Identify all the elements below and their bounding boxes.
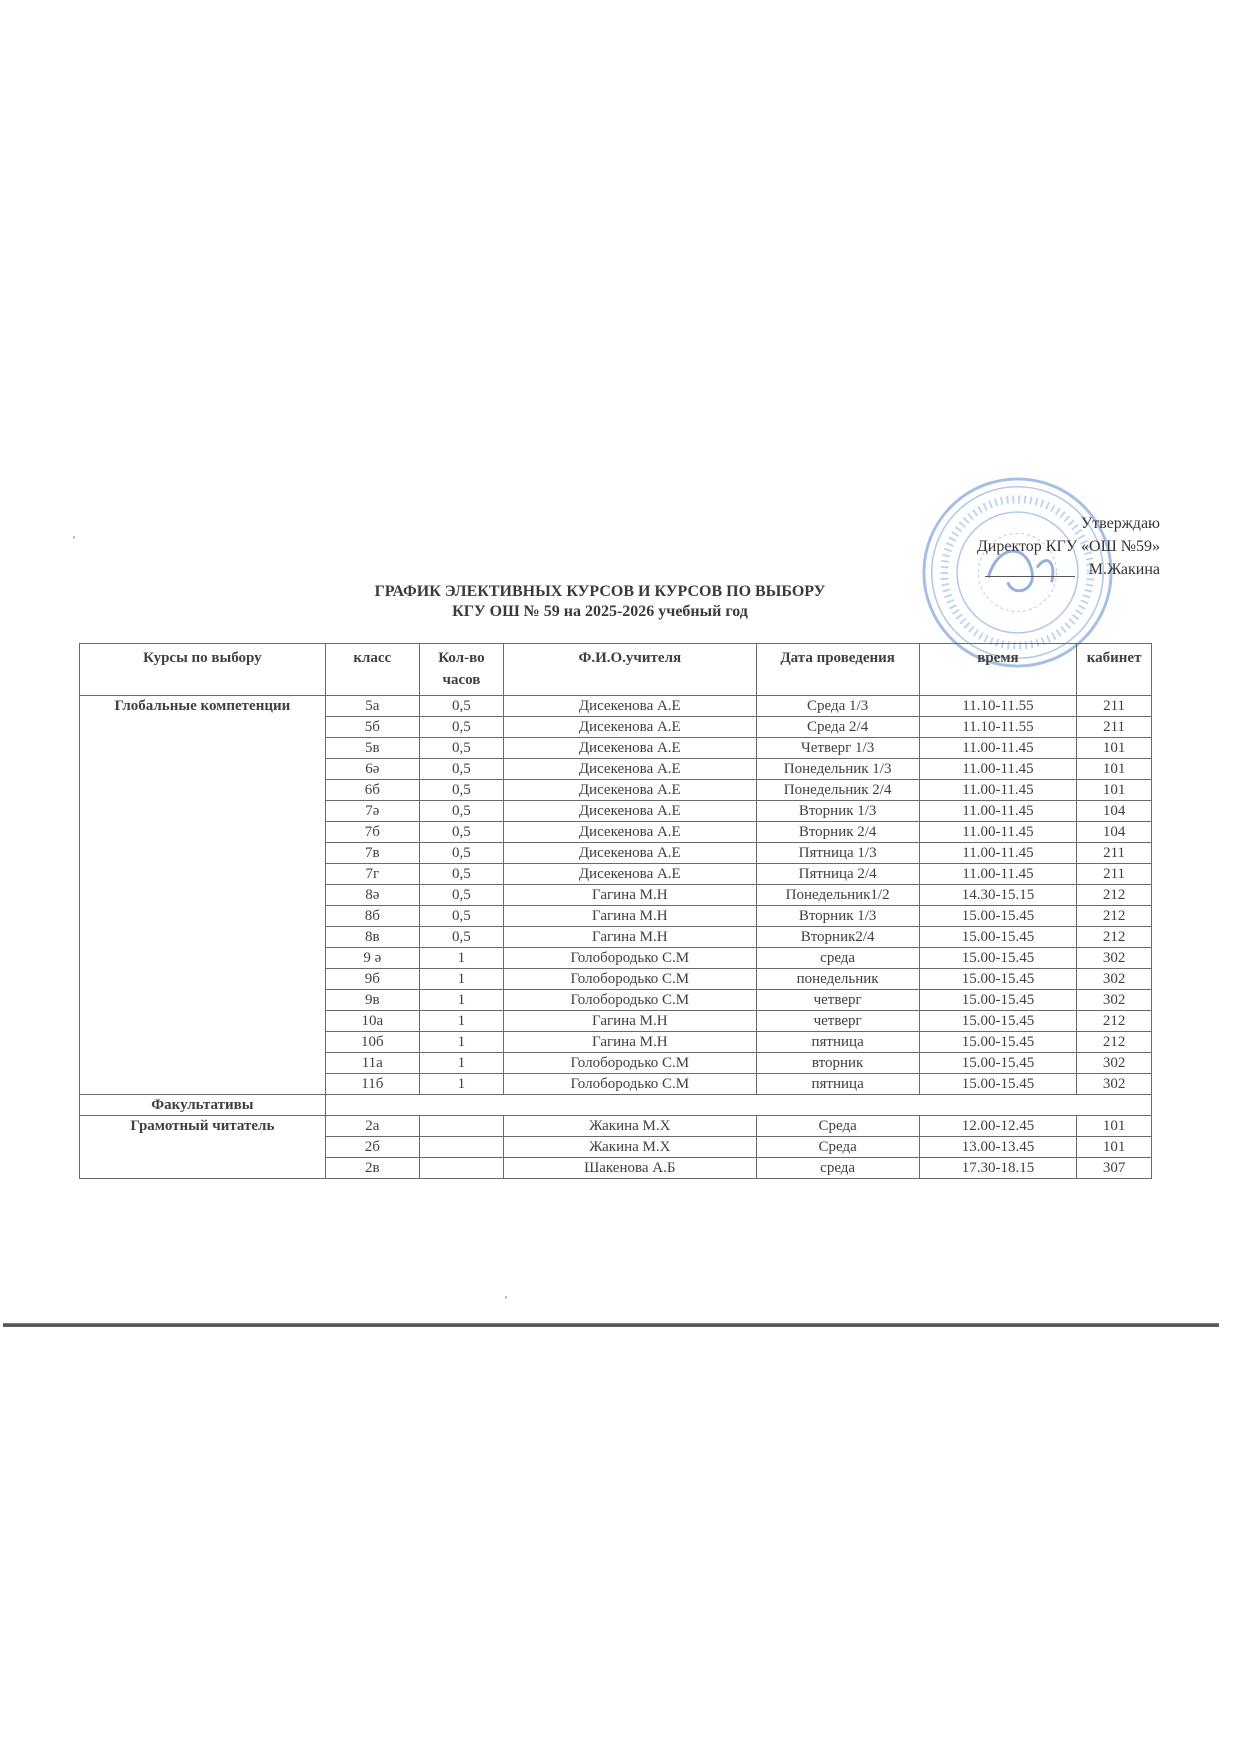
cell-hours: 1	[419, 1032, 503, 1053]
cell-time: 11.00-11.45	[919, 822, 1076, 843]
cell-date: Четверг 1/3	[756, 738, 919, 759]
course-name: Грамотный читатель	[80, 1116, 326, 1179]
table-body: Глобальные компетенции5а0,5Дисекенова А.…	[80, 696, 1152, 1179]
cell-class: 6ә	[325, 759, 419, 780]
cell-date: Понедельник1/2	[756, 885, 919, 906]
cell-date: среда	[756, 948, 919, 969]
cell-room: 212	[1077, 1011, 1152, 1032]
cell-time: 13.00-13.45	[919, 1137, 1076, 1158]
cell-class: 2в	[325, 1158, 419, 1179]
table-header-row: Курсы по выбору класс Кол-во часов Ф.И.О…	[80, 644, 1152, 696]
cell-hours: 0,5	[419, 843, 503, 864]
cell-room: 302	[1077, 969, 1152, 990]
header-time: время	[919, 644, 1076, 696]
cell-hours: 0,5	[419, 906, 503, 927]
cell-time: 11.00-11.45	[919, 864, 1076, 885]
cell-hours: 1	[419, 969, 503, 990]
cell-class: 7г	[325, 864, 419, 885]
cell-room: 302	[1077, 990, 1152, 1011]
cell-class: 8б	[325, 906, 419, 927]
cell-hours	[419, 1116, 503, 1137]
cell-room: 101	[1077, 738, 1152, 759]
cell-date: Пятница 2/4	[756, 864, 919, 885]
cell-time: 17.30-18.15	[919, 1158, 1076, 1179]
cell-hours: 0,5	[419, 759, 503, 780]
cell-hours: 0,5	[419, 696, 503, 717]
cell-teacher: Голобородько С.М	[504, 1074, 756, 1095]
cell-class: 5б	[325, 717, 419, 738]
header-class: класс	[325, 644, 419, 696]
cell-class: 6б	[325, 780, 419, 801]
header-hours: Кол-во часов	[419, 644, 503, 696]
cell-date: Среда 1/3	[756, 696, 919, 717]
cell-teacher: Голобородько С.М	[504, 969, 756, 990]
cell-time: 15.00-15.45	[919, 1011, 1076, 1032]
cell-time: 11.00-11.45	[919, 759, 1076, 780]
cell-teacher: Голобородько С.М	[504, 990, 756, 1011]
title-line-1: ГРАФИК ЭЛЕКТИВНЫХ КУРСОВ И КУРСОВ ПО ВЫБ…	[300, 582, 900, 602]
table-row: Грамотный читатель2аЖакина М.ХСреда12.00…	[80, 1116, 1152, 1137]
cell-time: 11.00-11.45	[919, 801, 1076, 822]
cell-class: 5в	[325, 738, 419, 759]
cell-time: 15.00-15.45	[919, 1074, 1076, 1095]
cell-teacher: Гагина М.Н	[504, 885, 756, 906]
cell-hours: 0,5	[419, 717, 503, 738]
header-date: Дата проведения	[756, 644, 919, 696]
cell-room: 212	[1077, 927, 1152, 948]
cell-teacher: Голобородько С.М	[504, 948, 756, 969]
cell-hours: 1	[419, 990, 503, 1011]
cell-teacher: Дисекенова А.Е	[504, 759, 756, 780]
cell-room: 211	[1077, 696, 1152, 717]
cell-room: 101	[1077, 1116, 1152, 1137]
cell-class: 7б	[325, 822, 419, 843]
cell-date: Среда	[756, 1137, 919, 1158]
cell-teacher: Дисекенова А.Е	[504, 864, 756, 885]
cell-room: 101	[1077, 780, 1152, 801]
cell-hours: 1	[419, 1074, 503, 1095]
cell-hours: 0,5	[419, 801, 503, 822]
cell-date: Вторник 1/3	[756, 906, 919, 927]
cell-hours: 1	[419, 948, 503, 969]
cell-hours: 0,5	[419, 780, 503, 801]
cell-class: 2б	[325, 1137, 419, 1158]
cell-date: Вторник 1/3	[756, 801, 919, 822]
cell-date: Понедельник 2/4	[756, 780, 919, 801]
approval-director-name: М.Жакина	[930, 558, 1160, 581]
cell-room: 302	[1077, 1053, 1152, 1074]
cell-time: 15.00-15.45	[919, 906, 1076, 927]
cell-date: Вторник2/4	[756, 927, 919, 948]
signature-line	[985, 576, 1075, 577]
page-bottom-rule	[3, 1323, 1219, 1327]
cell-time: 15.00-15.45	[919, 990, 1076, 1011]
cell-hours: 0,5	[419, 822, 503, 843]
cell-room: 211	[1077, 843, 1152, 864]
cell-teacher: Дисекенова А.Е	[504, 738, 756, 759]
cell-teacher: Гагина М.Н	[504, 1011, 756, 1032]
title-line-2: КГУ ОШ № 59 на 2025-2026 учебный год	[300, 602, 900, 622]
schedule-table: Курсы по выбору класс Кол-во часов Ф.И.О…	[79, 643, 1152, 1179]
table-row: Глобальные компетенции5а0,5Дисекенова А.…	[80, 696, 1152, 717]
cell-time: 15.00-15.45	[919, 927, 1076, 948]
cell-hours	[419, 1158, 503, 1179]
cell-teacher: Дисекенова А.Е	[504, 843, 756, 864]
header-room: кабинет	[1077, 644, 1152, 696]
cell-hours: 0,5	[419, 864, 503, 885]
cell-class: 8в	[325, 927, 419, 948]
cell-room: 302	[1077, 1074, 1152, 1095]
cell-teacher: Дисекенова А.Е	[504, 822, 756, 843]
cell-class: 5а	[325, 696, 419, 717]
cell-date: Вторник 2/4	[756, 822, 919, 843]
cell-teacher: Дисекенова А.Е	[504, 717, 756, 738]
cell-teacher: Дисекенова А.Е	[504, 780, 756, 801]
cell-date: четверг	[756, 1011, 919, 1032]
cell-room: 101	[1077, 1137, 1152, 1158]
cell-teacher: Дисекенова А.Е	[504, 801, 756, 822]
cell-class: 10б	[325, 1032, 419, 1053]
cell-class: 9в	[325, 990, 419, 1011]
cell-class: 11а	[325, 1053, 419, 1074]
cell-time: 11.00-11.45	[919, 738, 1076, 759]
cell-class: 9 ә	[325, 948, 419, 969]
cell-teacher: Жакина М.Х	[504, 1137, 756, 1158]
cell-date: понедельник	[756, 969, 919, 990]
cell-room: 211	[1077, 717, 1152, 738]
cell-teacher: Шакенова А.Б	[504, 1158, 756, 1179]
scan-speck	[505, 1296, 507, 1299]
header-course: Курсы по выбору	[80, 644, 326, 696]
cell-class: 2а	[325, 1116, 419, 1137]
cell-date: Среда 2/4	[756, 717, 919, 738]
approval-block: Утверждаю Директор КГУ «ОШ №59» М.Жакина	[930, 512, 1160, 581]
cell-time: 15.00-15.45	[919, 948, 1076, 969]
cell-date: пятница	[756, 1074, 919, 1095]
cell-date: четверг	[756, 990, 919, 1011]
cell-time: 11.00-11.45	[919, 780, 1076, 801]
cell-date: пятница	[756, 1032, 919, 1053]
document-title: ГРАФИК ЭЛЕКТИВНЫХ КУРСОВ И КУРСОВ ПО ВЫБ…	[300, 582, 900, 622]
cell-class: 7ә	[325, 801, 419, 822]
section-label: Факультативы	[80, 1095, 326, 1116]
cell-teacher: Дисекенова А.Е	[504, 696, 756, 717]
cell-hours: 0,5	[419, 885, 503, 906]
cell-teacher: Гагина М.Н	[504, 927, 756, 948]
cell-date: вторник	[756, 1053, 919, 1074]
cell-room: 212	[1077, 885, 1152, 906]
cell-teacher: Голобородько С.М	[504, 1053, 756, 1074]
header-teacher: Ф.И.О.учителя	[504, 644, 756, 696]
cell-room: 212	[1077, 906, 1152, 927]
cell-room: 101	[1077, 759, 1152, 780]
scan-speck	[73, 536, 75, 539]
course-name: Глобальные компетенции	[80, 696, 326, 1095]
cell-room: 302	[1077, 948, 1152, 969]
cell-class: 7в	[325, 843, 419, 864]
cell-room: 104	[1077, 801, 1152, 822]
cell-hours: 0,5	[419, 927, 503, 948]
section-empty-cell	[325, 1095, 1151, 1116]
cell-date: среда	[756, 1158, 919, 1179]
approval-director-title: Директор КГУ «ОШ №59»	[930, 535, 1160, 558]
cell-teacher: Гагина М.Н	[504, 906, 756, 927]
cell-time: 14.30-15.15	[919, 885, 1076, 906]
cell-date: Среда	[756, 1116, 919, 1137]
cell-hours: 0,5	[419, 738, 503, 759]
cell-room: 104	[1077, 822, 1152, 843]
cell-time: 15.00-15.45	[919, 1053, 1076, 1074]
approval-label: Утверждаю	[930, 512, 1160, 535]
cell-time: 11.10-11.55	[919, 696, 1076, 717]
cell-class: 10а	[325, 1011, 419, 1032]
cell-room: 212	[1077, 1032, 1152, 1053]
cell-time: 11.10-11.55	[919, 717, 1076, 738]
cell-date: Пятница 1/3	[756, 843, 919, 864]
cell-room: 307	[1077, 1158, 1152, 1179]
cell-time: 12.00-12.45	[919, 1116, 1076, 1137]
cell-class: 8ә	[325, 885, 419, 906]
cell-time: 15.00-15.45	[919, 969, 1076, 990]
cell-hours	[419, 1137, 503, 1158]
cell-class: 11б	[325, 1074, 419, 1095]
cell-room: 211	[1077, 864, 1152, 885]
cell-teacher: Гагина М.Н	[504, 1032, 756, 1053]
cell-time: 15.00-15.45	[919, 1032, 1076, 1053]
cell-hours: 1	[419, 1053, 503, 1074]
cell-hours: 1	[419, 1011, 503, 1032]
cell-class: 9б	[325, 969, 419, 990]
cell-time: 11.00-11.45	[919, 843, 1076, 864]
cell-date: Понедельник 1/3	[756, 759, 919, 780]
cell-teacher: Жакина М.Х	[504, 1116, 756, 1137]
section-row: Факультативы	[80, 1095, 1152, 1116]
